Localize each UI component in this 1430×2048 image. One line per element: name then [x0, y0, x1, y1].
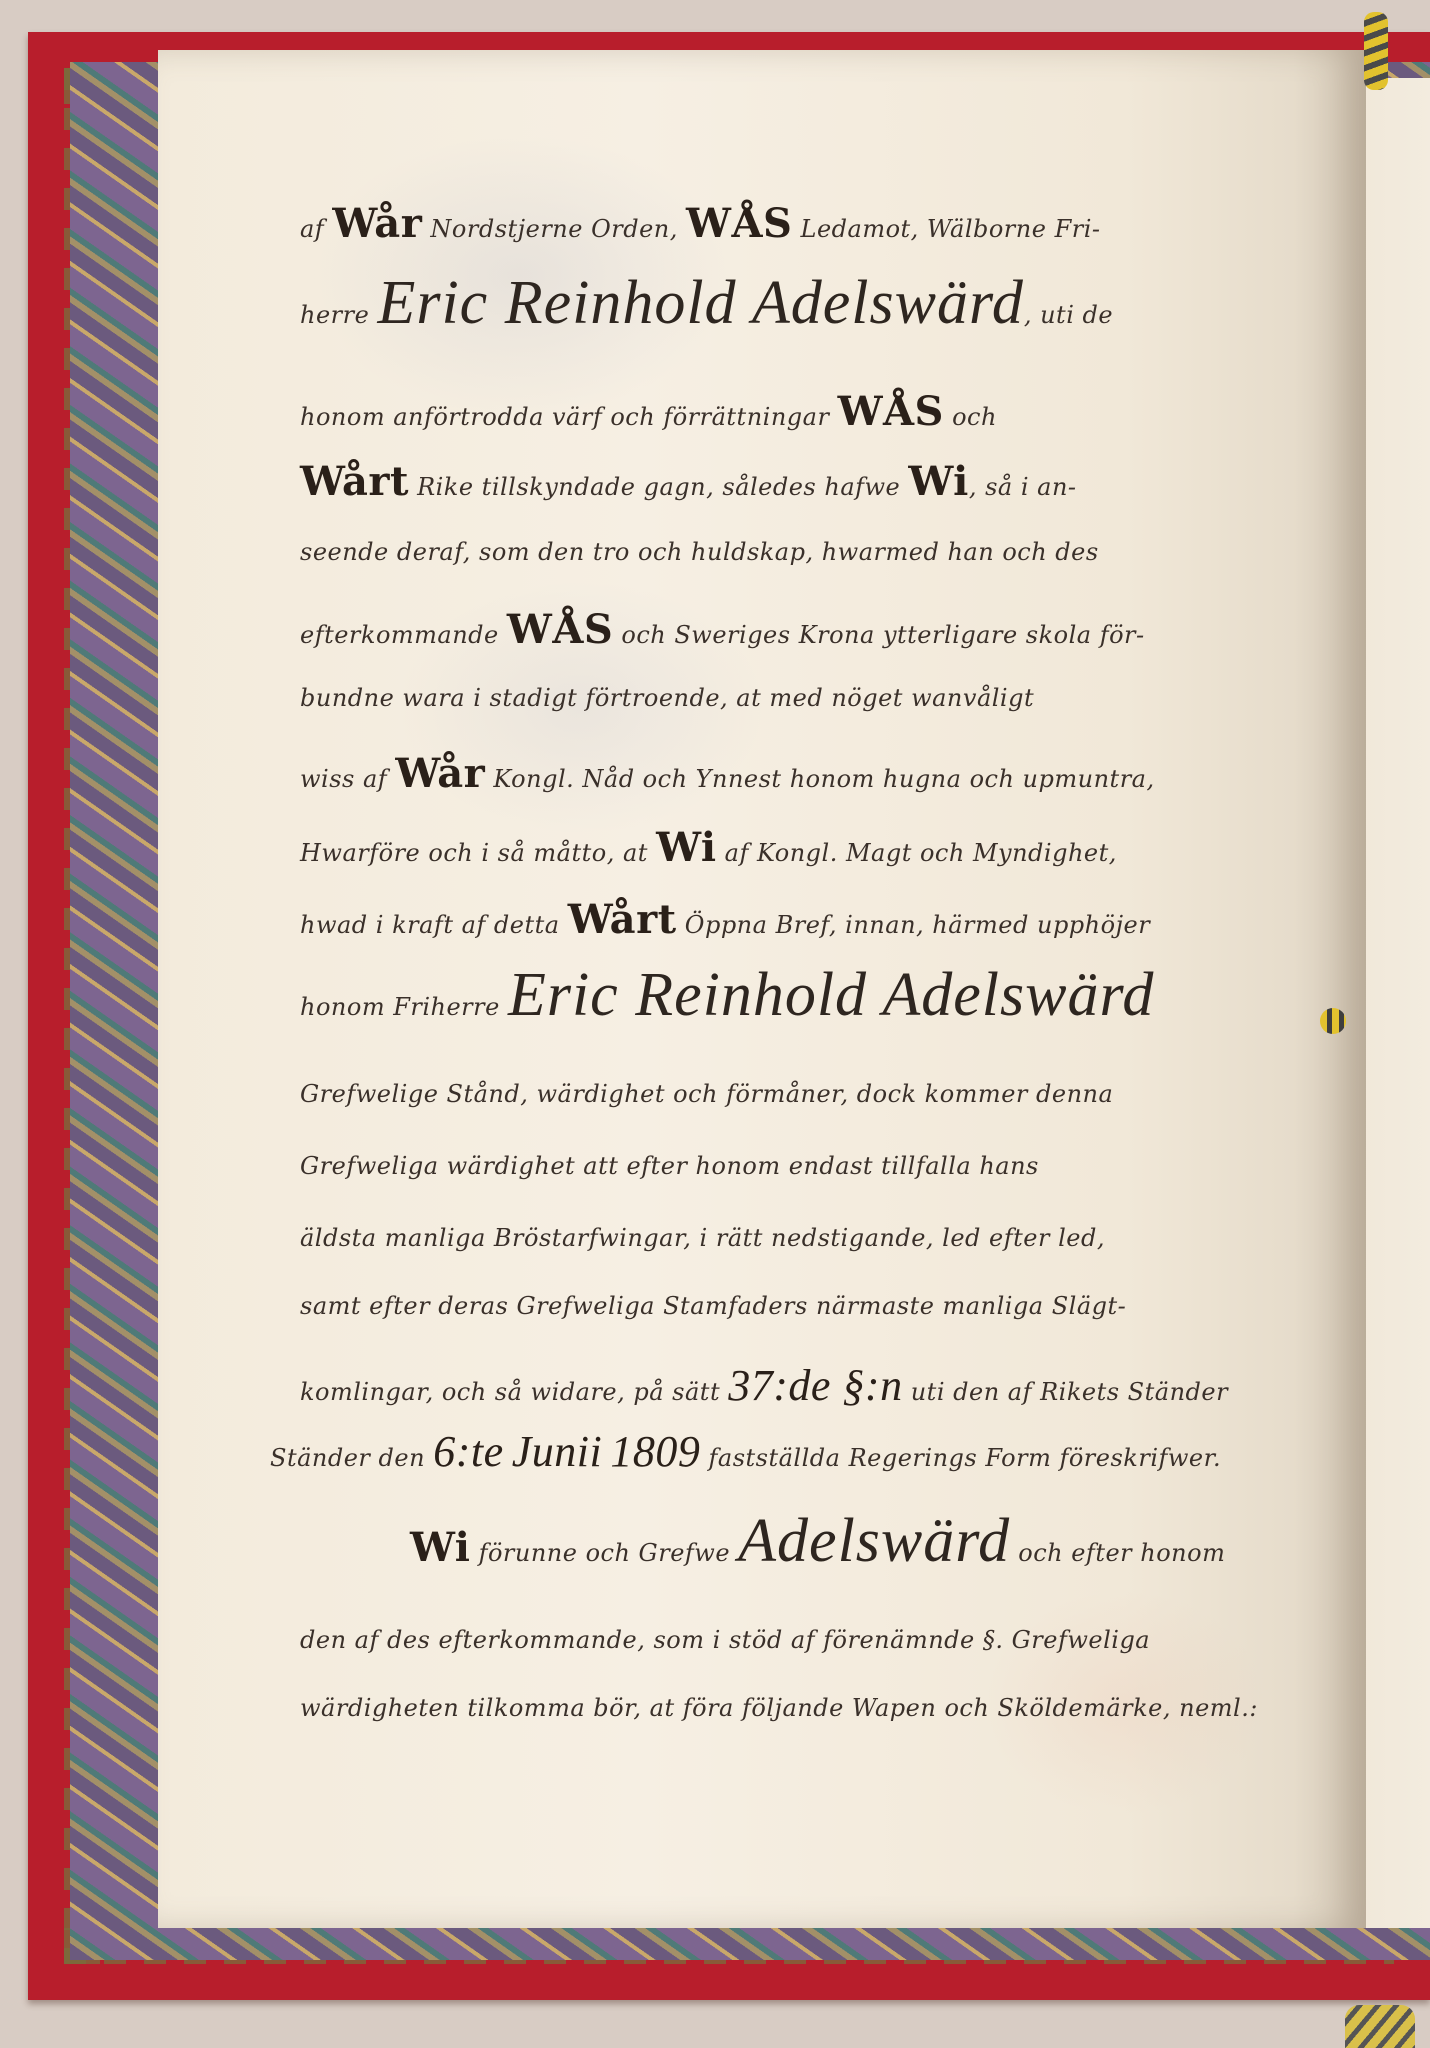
- text-line-17: Ständer den 6:te Junii 1809 fastställda …: [270, 1426, 1221, 1477]
- text-line-19: den af des efterkommande, som i stöd af …: [300, 1626, 1150, 1654]
- date-year: 1809: [610, 1427, 700, 1476]
- text-line-16: komlingar, och så widare, på sätt 37:de …: [300, 1360, 1228, 1411]
- text-line-10: hwad i kraft af detta Wårt Öppna Bref, i…: [300, 896, 1150, 943]
- text-line-6: efterkommande WÅS och Sweriges Krona ytt…: [300, 606, 1145, 653]
- text-line-2: herre Eric Reinhold Adelswärd, uti de: [300, 268, 1113, 339]
- text-line-7: bundne wara i stadigt förtroende, at med…: [300, 684, 1034, 712]
- text-line-5: seende deraf, som den tro och huldskap, …: [300, 538, 1099, 566]
- text-line-8: wiss af Wår Kongl. Nåd och Ynnest honom …: [300, 750, 1155, 797]
- binding-cord-top: [1364, 12, 1388, 90]
- date-month: Junii: [512, 1427, 602, 1476]
- recipient-name: Eric Reinhold Adelswärd: [377, 269, 1023, 337]
- text-line-15: samt efter deras Grefweliga Stamfaders n…: [300, 1292, 1126, 1320]
- text-line-4: Wårt Rike tillskyndade gagn, således haf…: [300, 458, 1077, 505]
- text-line-11: honom Friherre Eric Reinhold Adelswärd: [300, 960, 1154, 1031]
- text-line-13: Grefweliga wärdighet att efter honom end…: [300, 1152, 1039, 1180]
- binding-cord-knot: [1320, 1008, 1346, 1034]
- text-line-1: af Wår Nordstjerne Orden, WÅS Ledamot, W…: [300, 200, 1100, 247]
- text-line-9: Hwarföre och i så måtto, at Wi af Kongl.…: [300, 824, 1117, 871]
- text-line-14: äldsta manliga Bröstarfwingar, i rätt ne…: [300, 1224, 1105, 1252]
- recipient-surname: Adelswärd: [738, 1507, 1010, 1575]
- binding-cord-bottom: [1345, 2005, 1415, 2048]
- text-line-20: wärdigheten tilkomma bör, at föra följan…: [300, 1694, 1258, 1722]
- text-line-12: Grefwelige Stånd, wärdighet och förmåner…: [300, 1080, 1113, 1108]
- date-day: 6:te: [433, 1427, 503, 1476]
- text-line-3: honom anförtrodda värf och förrättningar…: [300, 388, 997, 435]
- recipient-name-2: Eric Reinhold Adelswärd: [508, 961, 1154, 1029]
- text-line-18: Wi förunne och Grefwe Adelswärd och efte…: [410, 1506, 1225, 1577]
